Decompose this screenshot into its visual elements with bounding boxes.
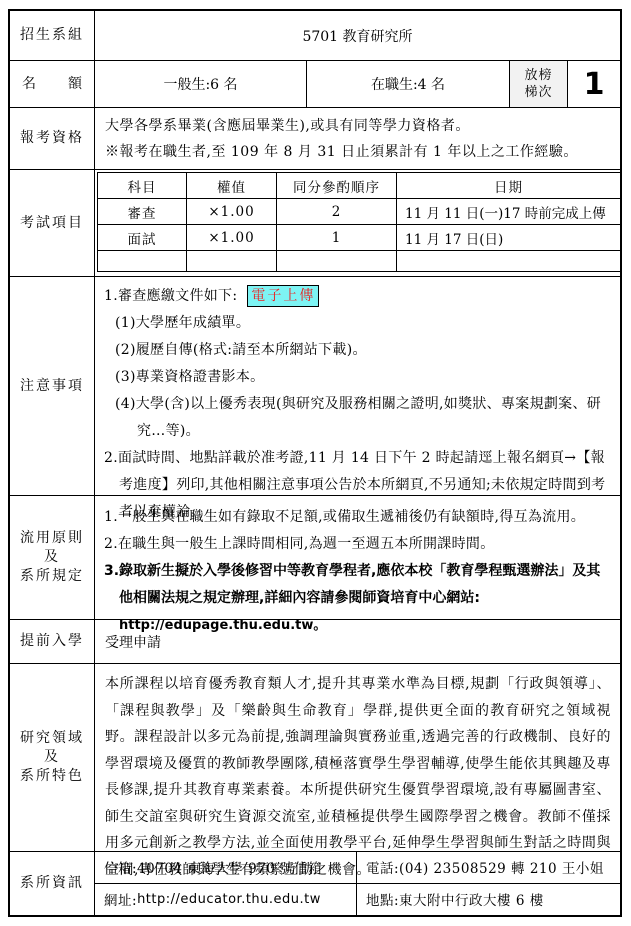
exam-header-date: 日期 (397, 173, 621, 199)
row-program: 招生系組 5701 教育研究所 (10, 11, 620, 61)
exam-header-row: 科目 權值 同分參酌順序 日期 (98, 173, 621, 199)
row-transfer-rules: 流用原則 及 系所規定 1.一般生與在職生如有錄取不足額,或備取生遞補後仍有缺額… (10, 496, 620, 620)
exam-header-weight: 權值 (187, 173, 277, 199)
notes-sub4: (4)大學(含)以上優秀表現(與研究及服務相關之證明,如獎狀、專案規劃案、研究…… (115, 391, 612, 445)
notes-sub2: (2)履歷自傳(格式:請至本所網站下載)。 (115, 337, 612, 364)
release-batch-label: 放榜 梯次 (510, 61, 568, 107)
row-early-admission: 提前入學 受理申請 (10, 620, 620, 664)
quota-working: 在職生:4 名 (307, 61, 510, 107)
features-paragraph: 本所課程以培育優秀教育類人才,提升其專業水準為目標,規劃「行政與領導」、「課程與… (95, 664, 620, 851)
admission-info-sheet: 招生系組 5701 教育研究所 名額 一般生:6 名 在職生:4 名 放榜 梯次… (0, 0, 631, 926)
exam-row-interview: 面試 ×1.00 1 11 月 17 日(日) (98, 225, 621, 251)
contact-phone: 電話:(04) 23508529 轉 210 王小姐 (357, 852, 620, 884)
program-label: 招生系組 (10, 11, 95, 60)
transfer-label: 流用原則 及 系所規定 (10, 496, 95, 619)
row-eligibility: 報考資格 大學各學系畢業(含應屆畢業生),或具有同等學力資格者。 ※報考在職生者… (10, 108, 620, 170)
eligibility-label: 報考資格 (10, 108, 95, 169)
contact-location: 地點:東大附中行政大樓 6 樓 (357, 884, 620, 916)
exam-label: 考試項目 (10, 170, 95, 276)
exam-header-subject: 科目 (98, 173, 187, 199)
program-value: 5701 教育研究所 (95, 11, 620, 60)
electronic-upload-badge: 電子上傳 (247, 285, 319, 307)
exam-row-empty (98, 251, 621, 272)
contact-website: 網址:http://educator.thu.edu.tw (95, 884, 357, 916)
features-label: 研究領域 及 系所特色 (10, 664, 95, 851)
row-notes: 注意事項 1.審查應繳文件如下:電子上傳 (1)大學歷年成績單。 (2)履歷自傳… (10, 277, 620, 496)
early-value: 受理申請 (95, 620, 620, 663)
notes-sub3: (3)專業資格證書影本。 (115, 364, 612, 391)
row-quota: 名額 一般生:6 名 在職生:4 名 放榜 梯次 1 (10, 61, 620, 108)
contact-label: 系所資訊 (10, 852, 95, 915)
row-exam: 考試項目 科目 權值 同分參酌順序 日期 審查 ×1.00 2 11 月 11 … (10, 170, 620, 277)
eligibility-text: 大學各學系畢業(含應屆畢業生),或具有同等學力資格者。 ※報考在職生者,至 10… (95, 108, 620, 169)
exam-row-review: 審查 ×1.00 2 11 月 11 日(一)17 時前完成上傳 (98, 199, 621, 225)
contact-mailbox: 信箱:40704 東海大學 970 號信箱 (95, 852, 357, 884)
eligibility-line1: 大學各學系畢業(含應屆畢業生),或具有同等學力資格者。 (105, 113, 612, 139)
row-features: 研究領域 及 系所特色 本所課程以培育優秀教育類人才,提升其專業水準為目標,規劃… (10, 664, 620, 852)
website-link[interactable]: http://educator.thu.edu.tw (137, 892, 321, 907)
release-batch-value: 1 (568, 61, 620, 107)
notes-item1: 1.審查應繳文件如下:電子上傳 (104, 283, 612, 310)
quota-label: 名額 (10, 61, 95, 107)
transfer-item1: 1.一般生與在職生如有錄取不足額,或備取生遞補後仍有缺額時,得互為流用。 (104, 504, 612, 531)
exam-header-tiebreak: 同分參酌順序 (277, 173, 397, 199)
exam-table: 科目 權值 同分參酌順序 日期 審查 ×1.00 2 11 月 11 日(一)1… (97, 172, 621, 272)
transfer-item2: 2.在職生與一般生上課時間相同,為週一至週五本所開課時間。 (104, 531, 612, 558)
notes-sub1: (1)大學歷年成績單。 (115, 310, 612, 337)
early-label: 提前入學 (10, 620, 95, 663)
info-table: 招生系組 5701 教育研究所 名額 一般生:6 名 在職生:4 名 放榜 梯次… (8, 9, 622, 917)
notes-label: 注意事項 (10, 277, 95, 495)
eligibility-line2: ※報考在職生者,至 109 年 8 月 31 日止須累計有 1 年以上之工作經驗… (105, 139, 612, 165)
quota-general: 一般生:6 名 (95, 61, 307, 107)
row-contact: 系所資訊 信箱:40704 東海大學 970 號信箱 電話:(04) 23508… (10, 852, 620, 915)
